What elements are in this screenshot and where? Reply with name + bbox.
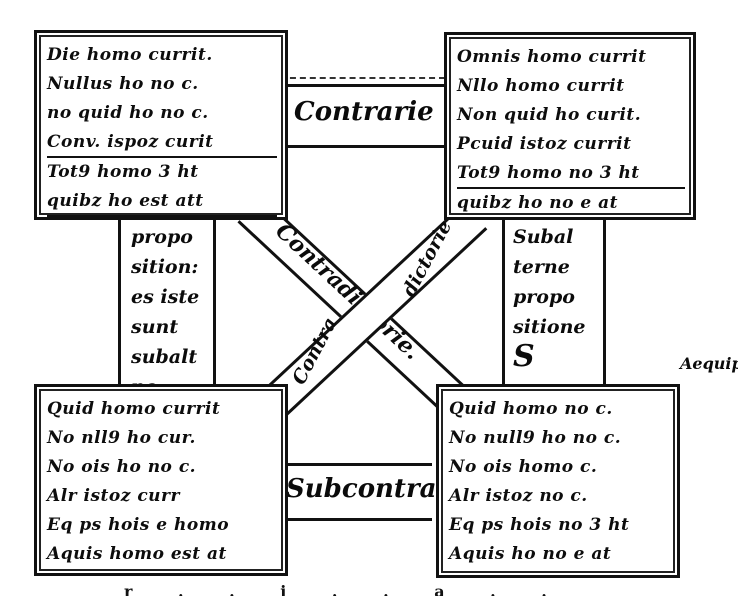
- proposition-line: No nll9 ho cur.: [47, 424, 277, 453]
- margin-note: Aequip: [680, 354, 738, 373]
- contrary-bar: Contrarie: [280, 84, 445, 148]
- proposition-line: Eq ps hois e homo: [47, 511, 277, 540]
- corner-text-bottom-right: Quid homo no c. No null9 ho no c. No ois…: [449, 395, 669, 569]
- proposition-line: quibz ho est att: [47, 187, 277, 217]
- proposition-line: Pcuid istoz currit: [457, 130, 685, 159]
- corner-text-top-left: Die homo currit. Nullus ho no c. no quid…: [47, 41, 277, 211]
- proposition-line: Die homo currit.: [47, 41, 277, 70]
- left-subaltern-text: propo sition: es iste sunt subalt ne: [131, 222, 199, 402]
- corner-box-top-left: Die homo currit. Nullus ho no c. no quid…: [34, 30, 288, 220]
- bar-rule: [280, 77, 445, 79]
- proposition-line: Nullus ho no c.: [47, 70, 277, 99]
- proposition-line: Aquis ho no e at: [449, 540, 669, 569]
- corner-text-bottom-left: Quid homo currit No nll9 ho cur. No ois …: [47, 395, 277, 567]
- left-subaltern-line: es iste: [131, 282, 199, 312]
- proposition-line: Omnis homo currit: [457, 43, 685, 72]
- left-subaltern-line: sunt: [131, 312, 199, 342]
- proposition-line: Aquis homo est at: [47, 540, 277, 569]
- right-subaltern-bar: Subal terne propo sitione S: [502, 214, 606, 384]
- right-subaltern-line: sitione: [513, 312, 585, 342]
- proposition-line: Quid homo currit: [47, 395, 277, 424]
- proposition-line: Tot9 homo no 3 ht: [457, 159, 685, 189]
- left-subaltern-bar: propo sition: es iste sunt subalt ne: [118, 214, 216, 384]
- footer-text-fragment: r . . i . . a . . a . . nal . . . .: [124, 582, 604, 596]
- right-subaltern-line: propo: [513, 282, 585, 312]
- proposition-line: Non quid ho curit.: [457, 101, 685, 130]
- proposition-line: Alr istoz no c.: [449, 482, 669, 511]
- right-subaltern-line: Subal: [513, 222, 585, 252]
- right-subaltern-line: terne: [513, 252, 585, 282]
- contrary-label: Contrarie: [294, 97, 434, 127]
- proposition-line: Tot9 homo 3 ht: [47, 158, 277, 187]
- proposition-line: Quid homo no c.: [449, 395, 669, 424]
- left-subaltern-line: sition:: [131, 252, 199, 282]
- proposition-line: no quid ho no c.: [47, 99, 277, 128]
- left-subaltern-line: propo: [131, 222, 199, 252]
- corner-box-bottom-right: Quid homo no c. No null9 ho no c. No ois…: [436, 384, 680, 578]
- proposition-line: No ois homo c.: [449, 453, 669, 482]
- proposition-line: No ois ho no c.: [47, 453, 277, 482]
- proposition-line: quibz ho no e at: [457, 189, 685, 219]
- left-subaltern-line: subalt: [131, 342, 199, 372]
- proposition-line: Nllo homo currit: [457, 72, 685, 101]
- proposition-line: No null9 ho no c.: [449, 424, 669, 453]
- right-subaltern-line: S: [513, 342, 585, 372]
- square-of-opposition-diagram: Contrarie Subcontrarie: propo sition: es…: [0, 0, 738, 612]
- corner-text-top-right: Omnis homo currit Nllo homo currit Non q…: [457, 43, 685, 211]
- corner-box-top-right: Omnis homo currit Nllo homo currit Non q…: [444, 32, 696, 220]
- proposition-line: Conv. ispoz curit: [47, 128, 277, 158]
- right-subaltern-text: Subal terne propo sitione S: [513, 222, 585, 372]
- corner-box-bottom-left: Quid homo currit No nll9 ho cur. No ois …: [34, 384, 288, 576]
- proposition-line: Eq ps hois no 3 ht: [449, 511, 669, 540]
- subcontrary-bar: Subcontrarie:: [282, 463, 432, 521]
- proposition-line: Alr istoz curr: [47, 482, 277, 511]
